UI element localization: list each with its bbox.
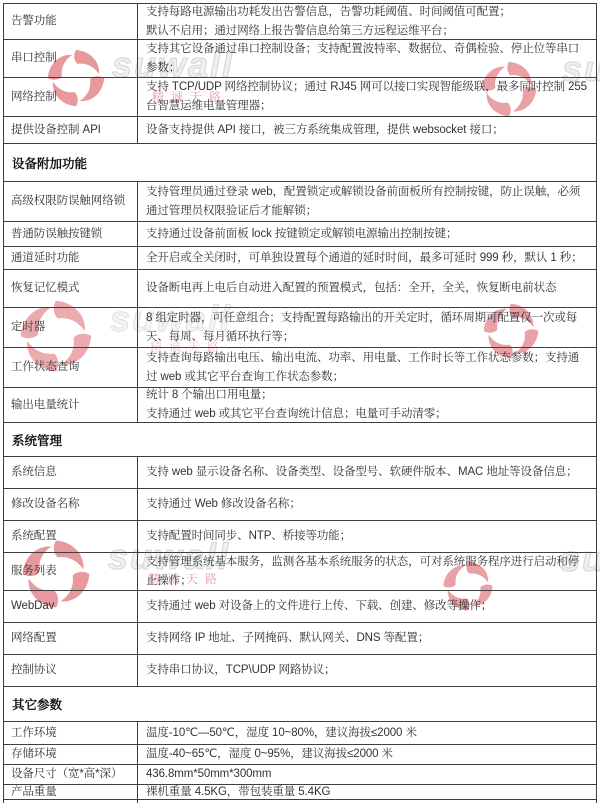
spec-name: 普通防误触按键锁 (4, 222, 138, 246)
spec-table: 告警功能 支持每路电源输出功耗发出告警信息，告警功耗阈值、时间阈值可配置； 默认… (3, 3, 597, 803)
spec-name: WebDav (4, 591, 138, 622)
table-row-output-energy-stats: 输出电量统计 统计 8 个输出口用电量； 支持通过 web 或其它平台查询统计信… (4, 388, 596, 423)
spec-name: 控制协议 (4, 655, 138, 686)
section-header-device-extra-functions: 设备附加功能 (4, 144, 596, 182)
table-row-operating-environment: 工作环境 温度-10℃—50℃，湿度 10~80%，建议海拔≤2000 米 (4, 722, 596, 745)
table-row-product-weight: 产品重量 裸机重量 4.5KG，带包装重量 5.4KG (4, 785, 596, 800)
spec-name: 高级权限防误触网络锁 (4, 182, 138, 221)
spec-desc: 全开启或全关闭时，可单独设置每个通道的延时时间，最多可延时 999 秒，默认 1… (138, 247, 596, 269)
spec-name: 告警功能 (4, 4, 138, 39)
spec-desc: 设备支持提供 API 接口，被三方系统集成管理，提供 websocket 接口； (138, 117, 596, 143)
spec-name: 通道延时功能 (4, 247, 138, 269)
section-title: 系统管理 (4, 431, 62, 449)
spec-name: 设备尺寸（宽*高*深） (4, 765, 138, 784)
table-row-control-api: 提供设备控制 API 设备支持提供 API 接口，被三方系统集成管理，提供 we… (4, 117, 596, 144)
table-row-network-control: 网络控制 支持 TCP/UDP 网络控制协议；通过 RJ45 网可以接口实现智能… (4, 78, 596, 117)
table-row-webdav: WebDav 支持通过 web 对设备上的文件进行上传、下载、创建、修改等操作； (4, 591, 596, 623)
table-row-working-status-query: 工作状态查询 支持查询每路输出电压、输出电流、功率、用电量、工作时长等工作状态参… (4, 348, 596, 388)
table-row-system-config: 系统配置 支持配置时间同步、NTP、桥接等功能； (4, 521, 596, 553)
table-row-timer: 定时器 8 组定时器，可任意组合；支持配置每路输出的开关定时，循环周期可配置仅一… (4, 308, 596, 348)
spec-desc: 支持通过设备前面板 lock 按键锁定或解锁电源输出控制按键； (138, 222, 596, 246)
spec-desc: 统计 8 个输出口用电量； 支持通过 web 或其它平台查询统计信息；电量可手动… (138, 388, 596, 422)
spec-desc: 支持 TCP/UDP 网络控制协议；通过 RJ45 网可以接口实现智能级联，最多… (138, 78, 596, 116)
spec-desc: 8 组定时器，可任意组合；支持配置每路输出的开关定时，循环周期可配置仅一次或每天… (138, 308, 596, 347)
table-row-network-config: 网络配置 支持网络 IP 地址、子网掩码、默认网关、DNS 等配置； (4, 623, 596, 655)
spec-desc: 支持网络 IP 地址、子网掩码、默认网关、DNS 等配置； (138, 623, 596, 654)
section-header-other-parameters: 其它参数 (4, 687, 596, 722)
spec-name: 系统配置 (4, 521, 138, 552)
spec-desc: 温度-40~65℃，湿度 0~95%，建议海拔≤2000 米 (138, 745, 596, 764)
table-row-serial-control: 串口控制 支持其它设备通过串口控制设备；支持配置波特率、数据位、奇偶检验、停止位… (4, 40, 596, 78)
table-row-storage-environment: 存储环境 温度-40~65℃，湿度 0~95%，建议海拔≤2000 米 (4, 745, 596, 765)
spec-desc: 设备断电再上电后自动进入配置的预置模式，包括：全开，全关，恢复断电前状态 (138, 270, 596, 307)
spec-name: 产品重量 (4, 785, 138, 799)
table-row-keypad-lock: 普通防误触按键锁 支持通过设备前面板 lock 按键锁定或解锁电源输出控制按键； (4, 222, 596, 247)
spec-desc: 支持其它设备通过串口控制设备；支持配置波特率、数据位、奇偶检验、停止位等串口参数… (138, 40, 596, 77)
spec-desc: 温度-10℃—50℃，湿度 10~80%，建议海拔≤2000 米 (138, 722, 596, 744)
section-title: 设备附加功能 (4, 154, 87, 172)
spec-desc: 支持管理系统基本服务，监测各基本系统服务的状态，可对系统服务程序进行启动和停止操… (138, 553, 596, 590)
spec-name: 恢复记忆模式 (4, 270, 138, 307)
spec-desc: 支持配置时间同步、NTP、桥接等功能； (138, 521, 596, 552)
table-row-service-list: 服务列表 支持管理系统基本服务，监测各基本系统服务的状态，可对系统服务程序进行启… (4, 553, 596, 591)
table-row-advanced-network-lock: 高级权限防误触网络锁 支持管理员通过登录 web，配置锁定或解锁设备前面板所有控… (4, 182, 596, 222)
table-row-memory-restore-mode: 恢复记忆模式 设备断电再上电后自动进入配置的预置模式，包括：全开，全关，恢复断电… (4, 270, 596, 308)
spec-desc: 支持管理员通过登录 web，配置锁定或解锁设备前面板所有控制按键，防止误触，必须… (138, 182, 596, 221)
section-title: 其它参数 (4, 695, 62, 713)
table-row-system-info: 系统信息 支持 web 显示设备名称、设备类型、设备型号、软硬件版本、MAC 地… (4, 457, 596, 489)
spec-name: 网络控制 (4, 78, 138, 116)
spec-name: 定时器 (4, 308, 138, 347)
spec-name: 网络配置 (4, 623, 138, 654)
spec-desc: 支持通过 web 对设备上的文件进行上传、下载、创建、修改等操作； (138, 591, 596, 622)
spec-desc: 支持每路电源输出功耗发出告警信息，告警功耗阈值、时间阈值可配置； 默认不启用；通… (138, 4, 596, 39)
spec-name: 系统信息 (4, 457, 138, 488)
spec-document: { "page": { "background": "#ffffff", "bo… (0, 0, 600, 803)
spec-desc: 支持通过 Web 修改设备名称； (138, 489, 596, 520)
spec-name: 存储环境 (4, 745, 138, 764)
spec-name: 服务列表 (4, 553, 138, 590)
spec-name: 工作环境 (4, 722, 138, 744)
spec-desc: 裸机重量 4.5KG，带包装重量 5.4KG (138, 785, 596, 799)
spec-desc: 支持 web 显示设备名称、设备类型、设备型号、软硬件版本、MAC 地址等设备信… (138, 457, 596, 488)
section-header-system-management: 系统管理 (4, 423, 596, 457)
spec-name: 修改设备名称 (4, 489, 138, 520)
spec-name: 输出电量统计 (4, 388, 138, 422)
spec-name: 工作状态查询 (4, 348, 138, 387)
spec-name: 提供设备控制 API (4, 117, 138, 143)
table-row-channel-delay: 通道延时功能 全开启或全关闭时，可单独设置每个通道的延时时间，最多可延时 999… (4, 247, 596, 270)
spec-desc: 436.8mm*50mm*300mm (138, 765, 596, 784)
spec-desc: 支持查询每路输出电压、输出电流、功率、用电量、工作时长等工作状态参数；支持通过 … (138, 348, 596, 387)
spec-desc: 支持串口协议，TCP\UDP 网路协议； (138, 655, 596, 686)
table-row-rename-device: 修改设备名称 支持通过 Web 修改设备名称； (4, 489, 596, 521)
table-row-control-protocol: 控制协议 支持串口协议，TCP\UDP 网路协议； (4, 655, 596, 687)
table-row-device-dimensions: 设备尺寸（宽*高*深） 436.8mm*50mm*300mm (4, 765, 596, 785)
spec-name: 串口控制 (4, 40, 138, 77)
table-row-alarm-function: 告警功能 支持每路电源输出功耗发出告警信息，告警功耗阈值、时间阈值可配置； 默认… (4, 4, 596, 40)
